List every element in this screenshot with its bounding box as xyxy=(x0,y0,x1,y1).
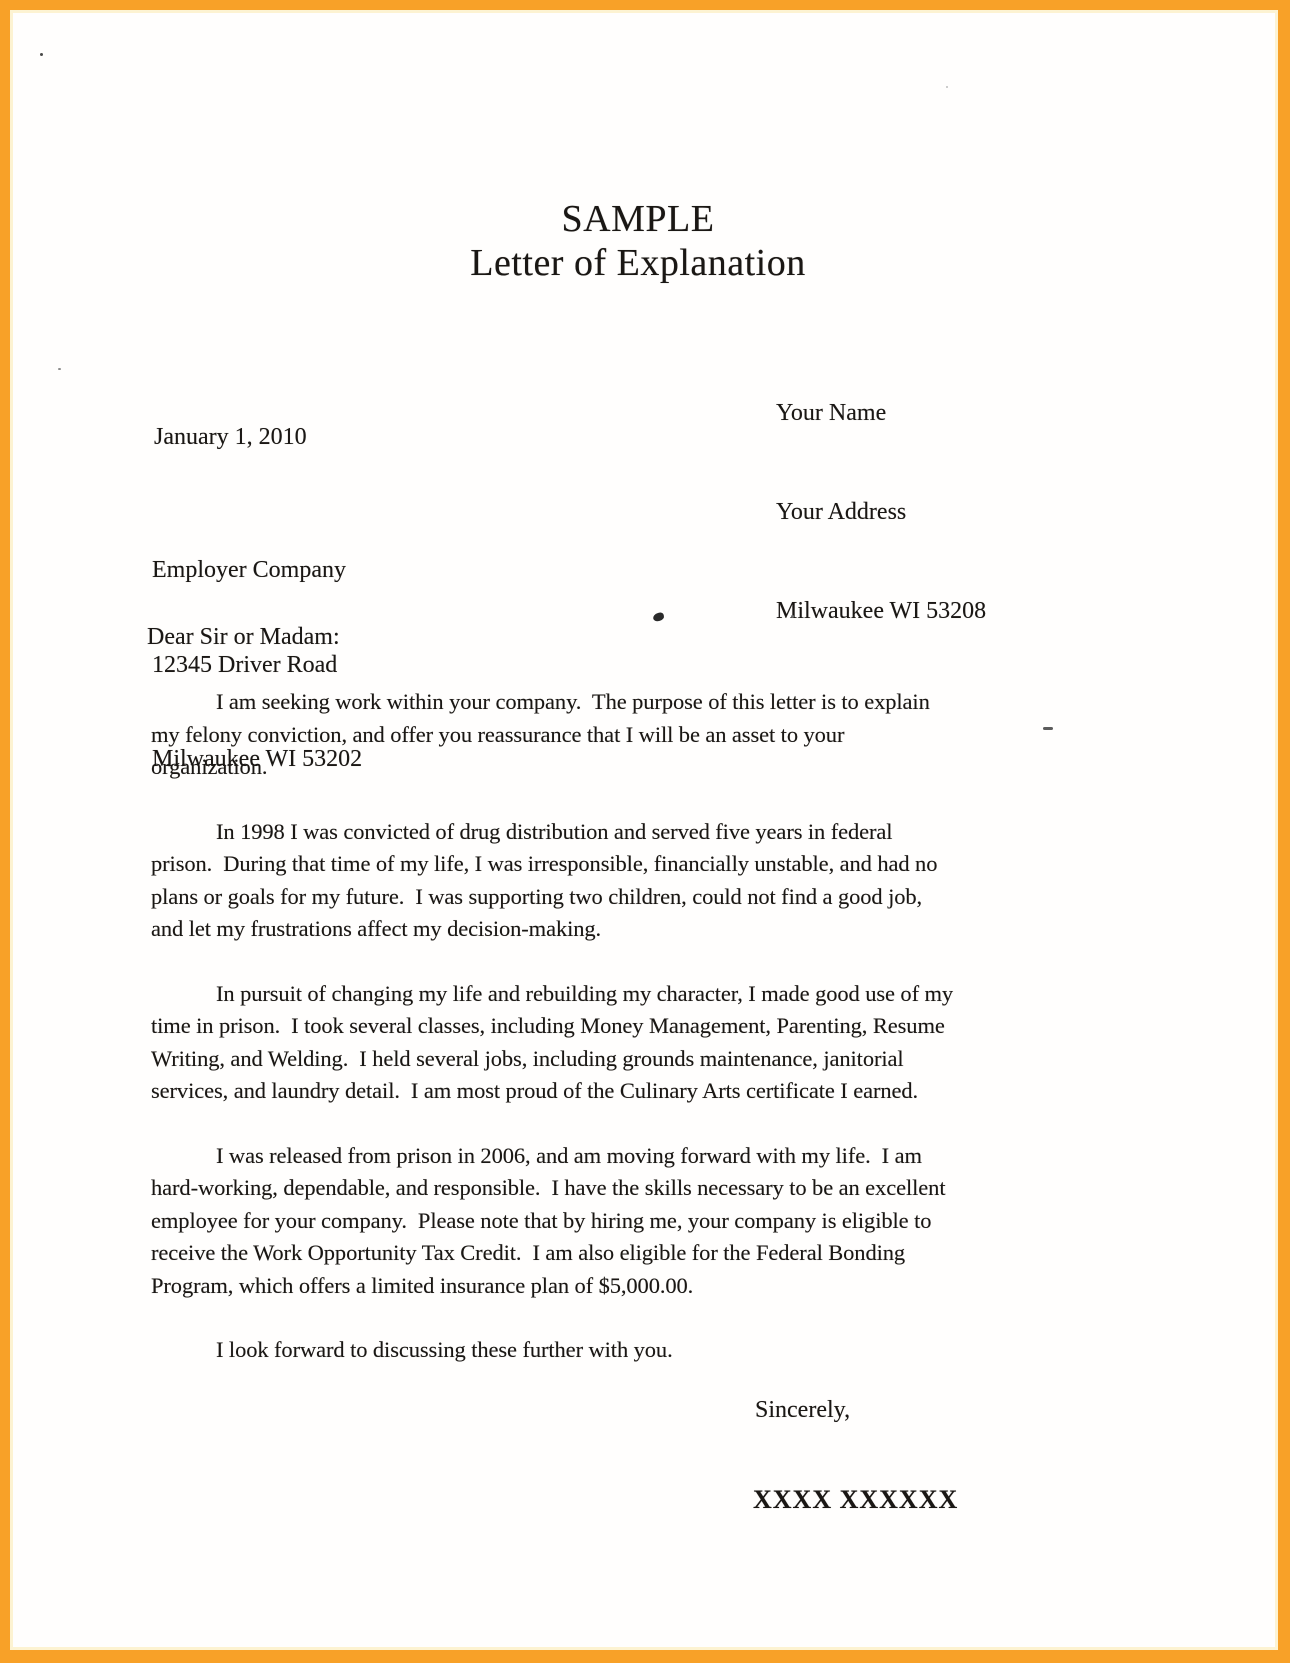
paragraph-line: I was released from prison in 2006, and … xyxy=(151,1140,1086,1173)
scan-speck xyxy=(652,612,665,623)
paragraph-line: receive the Work Opportunity Tax Credit.… xyxy=(151,1237,1086,1270)
paragraph-line: employee for your company. Please note t… xyxy=(151,1205,1086,1238)
scan-speck xyxy=(791,615,794,618)
scan-speck xyxy=(946,86,948,88)
letter-page: SAMPLE Letter of Explanation Your Name Y… xyxy=(10,10,1278,1650)
paragraph-line: my felony conviction, and offer you reas… xyxy=(151,719,1086,752)
recipient-company: Employer Company xyxy=(152,555,362,587)
scan-speck xyxy=(40,53,43,56)
paragraph-line: plans or goals for my future. I was supp… xyxy=(151,881,1086,914)
paragraph-line: and let my frustrations affect my decisi… xyxy=(151,913,1086,946)
valediction: Sincerely, xyxy=(755,1394,850,1427)
sender-address-block: Your Name Your Address Milwaukee WI 5320… xyxy=(776,331,986,694)
paragraph-line: hard-working, dependable, and responsibl… xyxy=(151,1172,1086,1205)
paragraph-3: In pursuit of changing my life and rebui… xyxy=(151,978,1086,1108)
sender-city-state-zip: Milwaukee WI 53208 xyxy=(776,595,986,628)
sender-address: Your Address xyxy=(776,496,986,529)
date-line: January 1, 2010 xyxy=(154,421,307,454)
paragraph-1: I am seeking work within your company. T… xyxy=(151,686,1086,784)
paragraph-line: In 1998 I was convicted of drug distribu… xyxy=(151,816,1086,849)
paragraph-5: I look forward to discussing these furth… xyxy=(151,1334,1086,1367)
paragraph-line: I look forward to discussing these furth… xyxy=(151,1334,1086,1367)
paragraph-line: time in prison. I took several classes, … xyxy=(151,1010,1086,1043)
sender-name: Your Name xyxy=(776,397,986,430)
paragraph-4: I was released from prison in 2006, and … xyxy=(151,1140,1086,1303)
paragraph-line: Writing, and Welding. I held several job… xyxy=(151,1043,1086,1076)
letter-heading: SAMPLE Letter of Explanation xyxy=(470,197,806,285)
scan-speck xyxy=(1043,727,1053,730)
paragraph-2: In 1998 I was convicted of drug distribu… xyxy=(151,816,1086,946)
recipient-street: 12345 Driver Road xyxy=(152,650,362,682)
paragraph-line: services, and laundry detail. I am most … xyxy=(151,1075,1086,1108)
paragraph-line: I am seeking work within your company. T… xyxy=(151,686,1086,719)
heading-title: Letter of Explanation xyxy=(470,241,806,285)
scan-speck xyxy=(58,368,61,370)
page-frame: SAMPLE Letter of Explanation Your Name Y… xyxy=(0,0,1290,1663)
paragraph-line: prison. During that time of my life, I w… xyxy=(151,848,1086,881)
signature-placeholder: XXXX XXXXXX xyxy=(753,1485,958,1515)
letter-body: I am seeking work within your company. T… xyxy=(151,686,1086,1399)
paragraph-line: In pursuit of changing my life and rebui… xyxy=(151,978,1086,1011)
heading-sample-label: SAMPLE xyxy=(470,197,806,241)
paragraph-line: organization. xyxy=(151,751,1086,784)
salutation: Dear Sir or Madam: xyxy=(147,621,340,654)
paragraph-line: Program, which offers a limited insuranc… xyxy=(151,1270,1086,1303)
